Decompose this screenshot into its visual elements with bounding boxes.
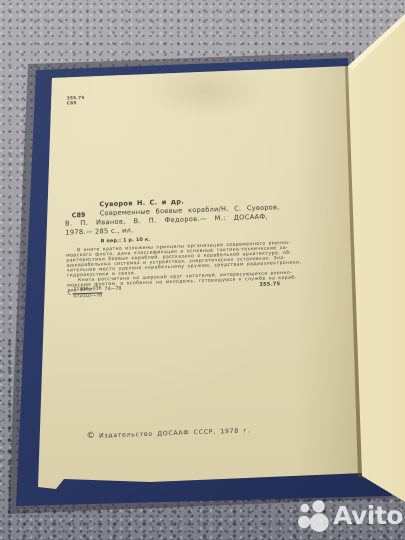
copyright-line: © Издательство ДОСААФ СССР, 1978 г. <box>86 425 250 441</box>
price-line: В пер.: 1 р. 10 к. <box>101 237 151 244</box>
copyright-text: Издательство ДОСААФ СССР, 1978 г. <box>99 427 250 439</box>
catalog-fraction: 11304—036072(02)—78 <box>72 286 102 299</box>
copyright-symbol-icon: © <box>86 431 95 441</box>
avito-watermark-label: Avito <box>333 499 403 533</box>
stamp-author-sign: С89 <box>67 100 85 106</box>
catalog-denominator: 072(02)—78 <box>73 293 103 299</box>
entry-code: С89 <box>72 210 86 218</box>
library-stamp: 355.75 С89 <box>67 95 85 106</box>
catalog-prefix: С <box>67 290 71 296</box>
catalog-suffix: 74—78 <box>104 287 121 293</box>
bibliographic-line-3: 1978.— 285 с., ил. <box>65 226 133 236</box>
photo-background: 355.75 С89 Суворов Н. С. и др. С89 Совре… <box>0 0 405 540</box>
avito-logo-icon <box>297 499 330 533</box>
imprint-text-block: 355.75 С89 Суворов Н. С. и др. С89 Совре… <box>52 69 334 478</box>
class-number: 355.75 <box>259 281 280 288</box>
avito-watermark: Avito <box>297 499 403 533</box>
catalog-index: С 11304—036072(02)—78 74—78 <box>67 286 122 300</box>
